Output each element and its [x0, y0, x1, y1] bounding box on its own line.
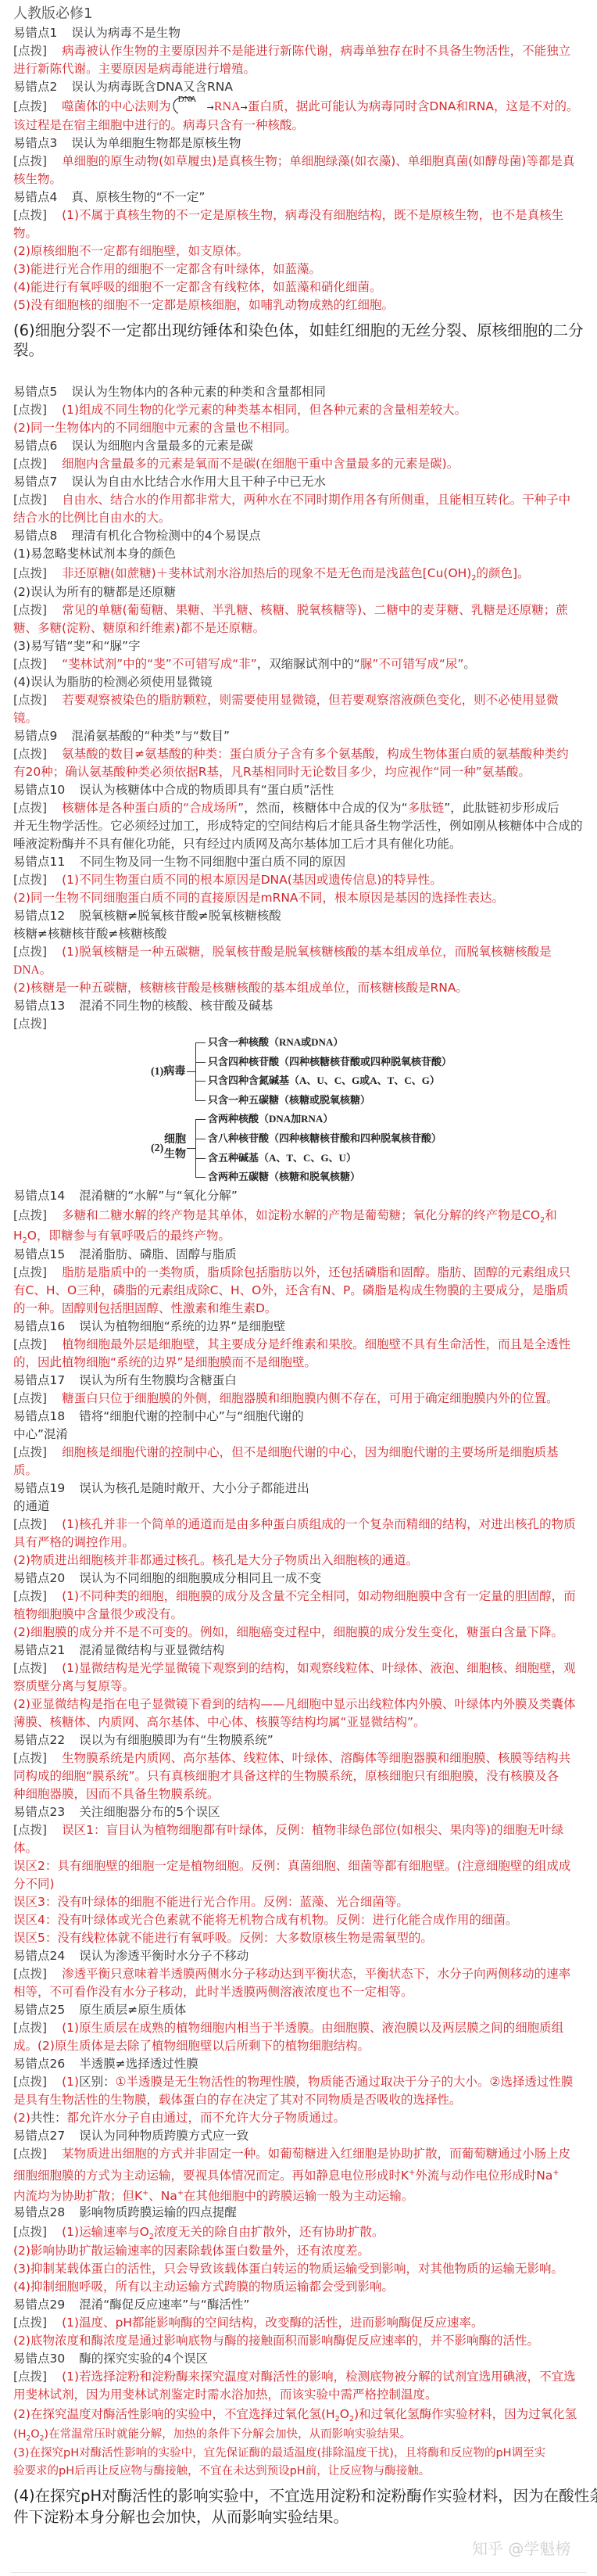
explanation-text: (3)能进行光合作用的细胞不一定都含有叶绿体，如蓝藻。 [13, 262, 321, 276]
superscript: + [177, 2189, 184, 2197]
mistake-point-26: 易错点26半透膜≠选择透过性膜 [点拨](1)区别：①半透膜是无生物活性的物理性… [13, 2055, 597, 2127]
mistake-point-14: 易错点14混淆糖的“水解”与“氧化分解” [点拨]多糖和二糖水解的终产物是其单体… [13, 1187, 597, 1246]
explanation-text: 进行新陈代谢。主要原因是病毒能进行增殖。 [13, 62, 256, 76]
text-line: 种细胞器膜，因而不具备生物膜系统。 [13, 1785, 597, 1803]
explanation-text: )在常温常压时就能分解，加热的条件下分解会加快，从而影响实验结果。 [44, 2428, 411, 2441]
item-heading: 易错点12脱氧核糖≠脱氧核苷酸≠脱氧核糖核酸 [13, 907, 597, 925]
text-line: [点拨](1)不同种类的细胞，细胞膜的成分及含量不完全相同，如动物细胞膜中含有一… [13, 1588, 597, 1606]
divider [11, 2572, 586, 2573]
item-number: 易错点3 [13, 136, 57, 150]
explanation-text: 生物膜系统是内质网、高尔基体、线粒体、叶绿体、溶酶体等细胞器膜和细胞膜、核膜等结… [62, 1751, 570, 1765]
text-line: 具有严格的调控作用。 [13, 1534, 597, 1552]
item-number: 易错点14 [13, 1189, 65, 1203]
item-title: 关注细胞器分布的5个误区 [79, 1805, 220, 1819]
text-line-large: (6)细胞分裂不一定都出现纺锤体和染色体，如蛙红细胞的无丝分裂、原核细胞的二分 [13, 321, 597, 340]
item-number: 易错点8 [13, 529, 57, 543]
explanation-text: 误区5：没有线粒体就不能进行有氧呼吸。反例：大多数原核生物是需氧型的。 [13, 1931, 433, 1945]
text-line: [点拨]植物细胞最外层是细胞壁，其主要成分是纤维素和果胶。细胞壁不具有生命活性，… [13, 1336, 597, 1354]
mistake-point-28: 易错点28影响物质跨膜运输的四点提醒 [点拨](1)运输速率与O2浓度无关的除自… [13, 2204, 597, 2296]
item-title: 误认为自由水比结合水作用大且干种子中已无水 [71, 475, 326, 489]
mistake-point-27: 易错点27误认为同种物质跨膜方式应一致 [点拨]某物质进出细胞的方式并非固定一种… [13, 2127, 597, 2204]
text-line: [点拨]渗透平衡只意味着半透膜两侧水分子移动达到平衡状态，平衡状态下，水分子向两… [13, 1965, 597, 1983]
item-heading: 易错点26半透膜≠选择透过性膜 [13, 2055, 597, 2073]
item-title: 混淆脂肪、磷脂、固醇与脂质 [79, 1247, 237, 1261]
explanation-text: (2)亚显微结构是指在电子显微镜下看到的结构——凡细胞中显示出线粒体内外膜、叶绿… [13, 1697, 575, 1711]
explanation-text: (2)核糖是一种五碳糖，核糖核苷酸是核糖核酸的基本组成单位，而核糖核酸是RNA。 [13, 981, 468, 995]
item-title: 影响物质跨膜运输的四点提醒 [79, 2205, 237, 2219]
plain-text: ”，此肽链初步形成后 [444, 801, 559, 815]
explanation-text: (2)在探究温度对酶活性影响的实验中，不宜选择过氧化氢(H [13, 2407, 335, 2421]
item-title-continued: 中心”混淆 [13, 1426, 597, 1444]
explanation-text: (1)脱氧核糖是一种五碳糖，脱氧核苷酸是脱氧核糖核酸的基本组成单位，而脱氧核糖核… [62, 945, 551, 959]
mistake-point-19: 易错点19误认为核孔是随时敞开、大小分子都能进出 的通道 [点拨](1)核孔并非… [13, 1480, 597, 1570]
explanation-text: 成。(2)原生质体是去除了植物细胞壁以后所剩下的植物细胞结构。 [13, 2039, 370, 2053]
item-title: 误认为植物细胞“系统的边界”是细胞壁 [79, 1319, 285, 1333]
sub-heading: (4)误认为脂肪的检测必须使用显微镜 [13, 673, 597, 691]
explanation-text: 误区3：没有叶绿体的细胞不能进行光合作用。反例：蓝藻、光合细菌等。 [13, 1895, 409, 1909]
item-title: 混淆不同生物的核酸、核苷酸及碱基 [79, 999, 273, 1013]
mistake-point-16: 易错点16误认为植物细胞“系统的边界”是细胞壁 [点拨]植物细胞最外层是细胞壁，… [13, 1318, 597, 1372]
bracket-tick [195, 1100, 206, 1101]
item-number: 易错点13 [13, 999, 65, 1013]
mistake-point-13: 易错点13混淆不同生物的核酸、核苷酸及碱基 [点拨] (1)病毒 只含一种核酸（… [13, 997, 597, 1187]
mistake-point-9: 易错点9混淆氨基酸的“种类”与“数目” [点拨]氨基酸的数目≠氨基酸的种类：蛋白… [13, 727, 597, 781]
tip-label: [点拨] [13, 1265, 47, 1279]
explanation-text: 误区4：没有叶绿体或光合色素就不能将无机物合成有机物。反例：进行化能合成作用的细… [13, 1913, 517, 1927]
tree-group-label-virus: (1)病毒 [151, 1064, 185, 1079]
explanation-text: 细胞内含量最多的元素是氧而不是碳(在细胞干重中含量最多的元素是碳)。 [62, 457, 459, 471]
tip-label: [点拨] [13, 99, 47, 113]
explanation-text: 渗透平衡只意味着半透膜两侧水分子移动达到平衡状态，平衡状态下，水分子向两侧移动的… [62, 1967, 570, 1981]
text-line: [点拨]某物质进出细胞的方式并非固定一种。如葡萄糖进入红细胞是协助扩散，而葡萄糖… [13, 2145, 597, 2163]
explanation-text: O [340, 2407, 349, 2421]
tip-label: [点拨] [13, 1517, 47, 1531]
tree-group-label-cellular: 细胞 生物 [164, 1132, 186, 1162]
explanation-text: 体。 [13, 1841, 38, 1855]
plain-text: ，双缩脲试剂中的“ [257, 657, 360, 671]
text-line: 镜。 [13, 709, 597, 727]
item-number: 易错点28 [13, 2205, 65, 2219]
text-line: 该过程是在宿主细胞中进行的。病毒只含有一种核酸。 [13, 117, 597, 135]
item-heading: 易错点23关注细胞器分布的5个误区 [13, 1803, 597, 1821]
arrow-right-icon: → [207, 102, 214, 113]
text-line: (3)能进行光合作用的细胞不一定都含有叶绿体，如蓝藻。 [13, 260, 597, 278]
arrow-right-icon: → [241, 102, 248, 113]
item-title: 误认为核孔是随时敞开、大小分子都能进出 [79, 1481, 309, 1495]
item-title: 不同生物及同一生物不同细胞中蛋白质不同的原因 [79, 855, 345, 869]
superscript: + [552, 2169, 559, 2177]
item-title: 错将“细胞代谢的控制中心”与“细胞代谢的 [79, 1409, 304, 1423]
plain-text: ，然而，核糖体中合成的仅为“ [244, 801, 408, 815]
item-title: 误认为核糖体中合成的物质即具有“蛋白质”活性 [79, 783, 334, 797]
text-line: [点拨]常见的单糖(葡萄糖、果糖、半乳糖、核糖、脱氧核糖等)、二糖中的麦芽糖、乳… [13, 601, 597, 619]
item-number: 易错点25 [13, 2003, 65, 2017]
text-line: [点拨]核糖体是各种蛋白质的“合成场所”，然而，核糖体中合成的仅为“多肽链”，此… [13, 799, 597, 817]
plain-text: (4)误认为脂肪的检测必须使用显微镜 [13, 675, 212, 689]
text-line: [点拨]生物膜系统是内质网、高尔基体、线粒体、叶绿体、溶酶体等细胞器膜和细胞膜、… [13, 1749, 597, 1767]
text-line: 质。 [13, 1462, 597, 1480]
group-label: 病毒 [163, 1066, 185, 1078]
mistake-point-6: 易错点6误认为细胞内含量最多的元素是碳 [点拨]细胞内含量最多的元素是氧而不是碳… [13, 437, 597, 473]
item-title-continued: 的通道 [13, 1498, 597, 1516]
mistake-point-8: 易错点8理清有机化合物检测中的4个易误点 (1)易忽略斐林试剂本身的颜色 [点拨… [13, 527, 597, 727]
explanation-text: 非还原糖(如蔗糖)＋斐林试剂水浴加热后的现象不是无色而是浅蓝色[Cu(OH) [62, 566, 471, 580]
text-line: 察质壁分离与复原等。 [13, 1677, 597, 1695]
explanation-text: (1)不同种类的细胞，细胞膜的成分及含量不完全相同，如动物细胞膜中含有一定量的胆… [62, 1589, 575, 1603]
tip-label: [点拨] [13, 2021, 47, 2035]
mistake-point-20: 易错点20误认为不同细胞的细胞膜成分相同且一成不变 [点拨](1)不同种类的细胞… [13, 1570, 597, 1641]
mistake-point-3: 易错点3误认为单细胞生物都是原核生物 [点拨]单细胞的原生动物(如草履虫)是真核… [13, 135, 597, 188]
text-line: 结合水的比例比自由水的大。 [13, 509, 597, 527]
text-line: 的，因此植物细胞“系统的边界”是细胞膜而不是细胞壁。 [13, 1354, 597, 1372]
text-line: [点拨]噬菌体的中心法则为DNA→RNA→蛋白质，据此可能认为病毒同时含DNA和… [13, 96, 597, 117]
mistake-point-30: 易错点30酶的探究实验的4个误区 [点拨](1)若选择淀粉和淀粉酶来探究温度对酶… [13, 2350, 597, 2527]
text-line: (2)同一生物不同细胞蛋白质不同的直接原因是mRNA不同，根本原因是基因的选择性… [13, 889, 597, 907]
explanation-text: 单细胞的原生动物(如草履虫)是真核生物；单细胞绿藻(如衣藻)、单细胞真菌(如酵母… [62, 154, 574, 168]
mistake-point-24: 易错点24误认为渗透平衡时水分子不移动 [点拨]渗透平衡只意味着半透膜两侧水分子… [13, 1947, 597, 2001]
bracket-line [195, 1042, 196, 1100]
explanation-text: (1)温度、pH都能影响酶的空间结构，改变酶的活性，进而影响酶促反应速率。 [62, 2316, 483, 2330]
text-line: (2)物质进出细胞核并非都通过核孔。核孔是大分子物质出入细胞核的通道。 [13, 1552, 597, 1570]
explanation-text: 脲”不可错写成“尿” [360, 657, 464, 671]
explanation-text: 细胞核是细胞代谢的控制中心，但不是细胞代谢的中心，因为细胞代谢的主要场所是细胞质… [62, 1445, 559, 1459]
tip-label: [点拨] [13, 1751, 47, 1765]
tree-group-number: (2) [151, 1141, 163, 1156]
explanation-text: 相等，不可看作没有水分子移动，此时半透膜两侧溶液浓度也不一定相等。 [13, 1985, 413, 1999]
item-heading: 易错点21混淆显微结构与亚显微结构 [13, 1641, 597, 1659]
explanation-text: O，即糖参与有氧呼吸后的最终产物。 [27, 1229, 231, 1243]
tip-label: [点拨] [13, 2147, 47, 2161]
tip-label: [点拨] [13, 801, 47, 815]
explanation-text: 浓度无关的除自由扩散外，还有协助扩散。 [154, 2225, 384, 2239]
explanation-text: H [13, 1229, 23, 1243]
item-heading: 易错点29混淆“酶促反应速率”与“酶活性” [13, 2296, 597, 2314]
bracket-connector [187, 1148, 195, 1149]
text-line: (3)在探究pH对酶活性影响的实验中，宜先保证酶的最适温度(排除温度干扰)，且将… [13, 2445, 597, 2463]
item-number: 易错点7 [13, 475, 57, 489]
item-title: 混淆氨基酸的“种类”与“数目” [71, 729, 230, 743]
item-number: 易错点11 [13, 855, 65, 869]
explanation-text: (1)原生质层在成熟的植物细胞内相当于半透膜。由细胞膜、液泡膜以及两层膜之间的细… [62, 2021, 563, 2035]
text-line: [点拨]若要观察被染色的脂肪颗粒，则需要使用显微镜，但若要观察溶液颜色变化，则不… [13, 691, 597, 709]
item-title: 半透膜≠选择透过性膜 [79, 2057, 198, 2071]
item-number: 易错点27 [13, 2129, 65, 2143]
item-heading: 易错点11不同生物及同一生物不同细胞中蛋白质不同的原因 [13, 853, 597, 871]
explanation-text: 具有严格的调控作用。 [13, 1535, 134, 1549]
tip-label: [点拨] [13, 457, 47, 471]
tip-label: [点拨] [13, 2075, 47, 2089]
item-number: 易错点17 [13, 1373, 65, 1387]
item-heading: 易错点24误认为渗透平衡时水分子不移动 [13, 1947, 597, 1965]
bracket-tick [195, 1062, 206, 1063]
explanation-text: (4)抑制细胞呼吸，所有以主动运输方式跨膜的物质运输都会受到影响。 [13, 2280, 394, 2294]
item-number: 易错点26 [13, 2057, 65, 2071]
explanation-text: 薄膜、核糖体、内质网、高尔基体、中心体、核膜等结构均属“亚显微结构”。 [13, 1715, 426, 1729]
explanation-text: 细胞细胞膜的方式为主动运输，要视具体情况而定。再如静息电位形成时K [13, 2169, 409, 2183]
explanation-text: 的，因此植物细胞“系统的边界”是细胞膜而不是细胞壁。 [13, 1355, 316, 1369]
item-heading: 易错点6误认为细胞内含量最多的元素是碳 [13, 437, 597, 455]
item-title: 误认为病毒既含DNA又含RNA [71, 80, 233, 94]
item-number: 易错点22 [13, 1733, 65, 1747]
explanation-text: (1)运输速率与O [62, 2225, 149, 2239]
explanation-text: (1)组成不同生物的化学元素的种类基本相同，但各种元素的含量相差较大。 [62, 403, 467, 417]
tree-branch: 含两种五碳糖（核糖和脱氧核糖） [208, 1170, 360, 1184]
plain-text: 区别： [79, 2075, 116, 2089]
explanation-text: (3)在探究pH对酶活性影响的实验中，宜先保证酶的最适温度(排除温度干扰)，且将… [13, 2447, 545, 2459]
tip-label: [点拨] [13, 493, 47, 507]
item-heading: 易错点3误认为单细胞生物都是原核生物 [13, 135, 597, 152]
text-line: (2)同一生物体内的不同细胞中元素的含量也不相同。 [13, 419, 597, 437]
explanation-text: 脂肪是脂质中的一类物质，脂质除包括脂肪以外，还包括磷脂和固醇。脂肪、固醇的元素组… [62, 1265, 570, 1279]
tree-branch: 只含四种核苷酸（四种核糖核苷酸或四种脱氧核苷酸） [208, 1055, 452, 1069]
bracket-connector [187, 1071, 195, 1072]
tip-label: [点拨] [13, 154, 47, 168]
explanation-text: 该过程是在宿主细胞中进行的。病毒只含有一种核酸。 [13, 118, 304, 132]
text-line: 成。(2)原生质体是去除了植物细胞壁以后所剩下的植物细胞结构。 [13, 2037, 597, 2055]
mistake-point-7: 易错点7误认为自由水比结合水作用大且干种子中已无水 [点拨]自由水、结合水的作用… [13, 473, 597, 527]
explanation-text: (2)同一生物体内的不同细胞中元素的含量也不相同。 [13, 421, 297, 435]
sub-heading: (3)易写错“斐”和“脲”字 [13, 637, 597, 655]
text-line: DNA。 [13, 961, 597, 979]
item-title: 误认为生物体内的各种元素的种类和含量都相同 [71, 385, 326, 399]
group-label-line: 生物 [164, 1147, 186, 1162]
tree-branch: 含八种核苷酸（四种核糖核苷酸和四种脱氧核苷酸） [208, 1132, 441, 1146]
explanation-text: 验要求的pH后再让反应物与酶接触，不宜在未达到预设pH前，让反应物与酶接触。 [13, 2465, 430, 2477]
plain-text: 件下淀粉本身分解也会加快，从而影响实验结果。 [13, 2508, 349, 2526]
explanation-text: (2) [13, 2111, 30, 2125]
superscript: + [409, 2169, 415, 2177]
sub-heading: (1)易忽略斐林试剂本身的颜色 [13, 545, 597, 563]
text-line: 的一种。固醇则包括胆固醇、性激素和维生素D。 [13, 1300, 597, 1318]
item-number: 易错点12 [13, 909, 65, 923]
bracket-tick [195, 1042, 206, 1043]
explanation-text: ①半透膜是无生物活性的物理性膜，物质能否通过取决于分子的大小。②选择透过性膜 [116, 2075, 574, 2089]
explanation-text: 是具有生物活性的生物膜，载体蛋白的存在决定了其对不同物质是否吸收的选择性。 [13, 2093, 462, 2107]
tip-label: [点拨] [13, 1661, 47, 1675]
item-heading: 易错点30酶的探究实验的4个误区 [13, 2350, 597, 2368]
text-line: [点拨](1)组成不同生物的化学元素的种类基本相同，但各种元素的含量相差较大。 [13, 401, 597, 419]
text-line: 内流均为协助扩散；但K+、Na+在其他细胞中的跨膜运输一般为主动运输。 [13, 2183, 597, 2204]
explanation-text: 病毒被认作生物的主要原因并不是能进行新陈代谢，病毒单独存在时不具备生物活性，不能… [62, 44, 570, 58]
item-title: 的通道 [13, 1499, 50, 1513]
text-line: (2)共性：都允许水分子自由通过，而不允许大分子物质通过。 [13, 2109, 597, 2127]
tip-label: [点拨] [13, 1391, 47, 1405]
explanation-text: (5)没有细胞核的细胞不一定都是原核细胞，如哺乳动物成熟的红细胞。 [13, 298, 394, 312]
explanation-text: 核糖体是各种蛋白质的“合成场所” [62, 801, 244, 815]
mistake-point-2: 易错点2误认为病毒既含DNA又含RNA [点拨]噬菌体的中心法则为DNA→RNA… [13, 78, 597, 135]
item-number: 易错点4 [13, 190, 57, 204]
tip-label: [点拨] [13, 945, 47, 959]
explanation-text: 物。 [13, 226, 38, 240]
explanation-text: (2)底物浓度和酶浓度是通过影响底物与酶的接触面积而影响酶促反应速率的，并不影响… [13, 2334, 539, 2348]
text-line: [点拨](1)原生质层在成熟的植物细胞内相当于半透膜。由细胞膜、液泡膜以及两层膜… [13, 2019, 597, 2037]
text-line: 误区3：没有叶绿体的细胞不能进行光合作用。反例：蓝藻、光合细菌等。 [13, 1893, 597, 1911]
explanation-text: “斐林试剂”中的“斐”不可错写成“非” [62, 657, 257, 671]
text-line: (H2O2)在常温常压时就能分解，加热的条件下分解会加快，从而影响实验结果。 [13, 2424, 597, 2445]
explanation-text: 和 [545, 1208, 557, 1222]
mistake-point-22: 易错点22误以为有细胞膜即为有“生物膜系统” [点拨]生物膜系统是内质网、高尔基… [13, 1731, 597, 1803]
text-line: [点拨]非还原糖(如蔗糖)＋斐林试剂水浴加热后的现象不是无色而是浅蓝色[Cu(O… [13, 563, 597, 583]
text-line: (4)抑制细胞呼吸，所有以主动运输方式跨膜的物质运输都会受到影响。 [13, 2278, 597, 2296]
explanation-text: 误区1：盲目认为植物细胞都有叶绿体，反例：植物非绿色部位(如根尖、果肉等)的细胞… [62, 1823, 563, 1837]
item-heading: 易错点8理清有机化合物检测中的4个易误点 [13, 527, 597, 545]
tree-branch: 含五种碱基（A、T、C、G、U） [208, 1151, 356, 1165]
text-line: H2O，即糖参与有氧呼吸后的最终产物。 [13, 1225, 597, 1246]
text-line: [点拨]细胞核是细胞代谢的控制中心，但不是细胞代谢的中心，因为细胞代谢的主要场所… [13, 1444, 597, 1462]
text-line: (2)原核细胞不一定都有细胞壁，如支原体。 [13, 242, 597, 260]
text-line: (2)核糖是一种五碳糖，核糖核苷酸是核糖核酸的基本组成单位，而核糖核酸是RNA。 [13, 979, 597, 997]
item-title: 混淆糖的“水解”与“氧化分解” [79, 1189, 238, 1203]
text-line: 糖、多糖(淀粉、糖原和纤维素)都不是还原糖。 [13, 619, 597, 637]
item-title: 误认为渗透平衡时水分子不移动 [79, 1949, 248, 1963]
text-line: [点拨](1)运输速率与O2浓度无关的除自由扩散外，还有协助扩散。 [13, 2222, 597, 2242]
item-number: 易错点10 [13, 783, 65, 797]
text-line: 相等，不可看作没有水分子移动，此时半透膜两侧溶液浓度也不一定相等。 [13, 1983, 597, 2001]
text-line: 并无生物学活性。它必须经过加工，形成特定的空间结构后才能具备生物学活性，例如刚从… [13, 817, 597, 835]
item-title: 中心”混淆 [13, 1427, 68, 1441]
tip-label: [点拨] [13, 208, 47, 222]
bracket-line [195, 1119, 196, 1177]
mistake-point-4: 易错点4真、原核生物的“不一定” [点拨](1)不属于真核生物的不一定是原核生物… [13, 188, 597, 360]
item-heading: 易错点27误认为同种物质跨膜方式应一致 [13, 2127, 597, 2145]
item-title: 真、原核生物的“不一定” [71, 190, 205, 204]
item-number: 易错点18 [13, 1409, 65, 1423]
tip-label: [点拨] [13, 1967, 47, 1981]
explanation-text: 的颜色]。 [476, 566, 529, 580]
item-heading: 易错点7误认为自由水比结合水作用大且干种子中已无水 [13, 473, 597, 491]
item-number: 易错点1 [13, 26, 57, 40]
tip-label: [点拨] [13, 2370, 47, 2384]
item-number: 易错点9 [13, 729, 57, 743]
explanation-text: 植物细胞膜中含量很少或没有。 [13, 1607, 183, 1621]
explanation-text: 植物细胞最外层是细胞壁，其主要成分是纤维素和果胶。细胞壁不具有生命活性，而且是全… [62, 1337, 570, 1351]
text-line: (2)细胞膜的成分并不是不可变的。例如，细胞癌变过程中，细胞膜的成分发生变化，糖… [13, 1623, 597, 1641]
tip-label: [点拨] [13, 873, 47, 887]
superscript: + [142, 2189, 148, 2197]
text-line: [点拨]脂肪是脂质中的一类物质，脂质除包括脂肪以外，还包括磷脂和固醇。脂肪、固醇… [13, 1264, 597, 1282]
explanation-text: (3)抑制某载体蛋白的活性，只会导致该载体蛋白转运的物质运输受到影响，对其他物质… [13, 2262, 563, 2276]
item-title: 混淆显微结构与亚显微结构 [79, 1643, 224, 1657]
text-line: [点拨](1)不属于真核生物的不一定是原核生物，病毒没有细胞结构，既不是原核生物… [13, 206, 597, 224]
text-line-large: 件下淀粉本身分解也会加快，从而影响实验结果。 [13, 2507, 597, 2527]
mistake-point-5: 易错点5误认为生物体内的各种元素的种类和含量都相同 [点拨](1)组成不同生物的… [13, 383, 597, 437]
text-line: [点拨]误区1：盲目认为植物细胞都有叶绿体，反例：植物非绿色部位(如根尖、果肉等… [13, 1821, 597, 1839]
bracket-tick [195, 1158, 206, 1159]
mistake-point-17: 易错点17误认为所有生物膜均含糖蛋白 [点拨]糖蛋白只位于细胞膜的外侧，细胞器膜… [13, 1372, 597, 1408]
item-title: 酶的探究实验的4个误区 [79, 2352, 208, 2366]
text-line: 分不同) [13, 1875, 597, 1893]
tip-label: [点拨] [13, 1445, 47, 1459]
text-line: [点拨]单细胞的原生动物(如草履虫)是真核生物；单细胞绿藻(如衣藻)、单细胞真菌… [13, 152, 597, 170]
item-number: 易错点30 [13, 2352, 65, 2366]
text-line: 唾液淀粉酶并不具有催化功能，只有经过内质网及高尔基体加工后才具有催化功能。 [13, 835, 597, 853]
tree-branch: 只含四种含氮碱基（A、U、C、G或A、T、C、G） [208, 1074, 440, 1088]
item-number: 易错点6 [13, 439, 57, 453]
explanation-text: 同构成的细胞“膜系统”。只有真核细胞才具备这样的生物膜系统，原核细胞只有细胞膜，… [13, 1769, 559, 1783]
item-heading: 易错点17误认为所有生物膜均含糖蛋白 [13, 1372, 597, 1390]
text-line: 薄膜、核糖体、内质网、高尔基体、中心体、核膜等结构均属“亚显微结构”。 [13, 1713, 597, 1731]
item-title: 误以为有细胞膜即为有“生物膜系统” [79, 1733, 273, 1747]
plain-text: (4)在探究pH对酶活性的影响实验中，不宜选用淀粉和淀粉酶作实验材料，因为在酸性… [13, 2487, 597, 2505]
explanation-text: 糖蛋白只位于细胞膜的外侧，细胞器膜和细胞膜内侧不存在，可用于确定细胞膜内外的位置… [62, 1391, 559, 1405]
tip-label: [点拨] [13, 2316, 47, 2330]
document: 人教版必修1 易错点1误认为病毒不是生物 [点拨]病毒被认作生物的主要原因并不是… [0, 0, 597, 2527]
text-line: 有C、H、O三种，磷脂的元素组成除C、H、O外，还含有N、P。磷脂是构成生物膜的… [13, 1282, 597, 1300]
item-title: 误认为病毒不是生物 [71, 26, 181, 40]
plain-text: 。 [463, 657, 476, 671]
item-heading: 易错点28影响物质跨膜运输的四点提醒 [13, 2204, 597, 2222]
tip-label: [点拨] [13, 44, 47, 58]
explanation-text: 核生物。 [13, 172, 62, 186]
text-line: (2)底物浓度和酶浓度是通过影响底物与酶的接触面积而影响酶促反应速率的，并不影响… [13, 2332, 597, 2350]
mistake-point-23: 易错点23关注细胞器分布的5个误区 [点拨]误区1：盲目认为植物细胞都有叶绿体，… [13, 1803, 597, 1947]
item-number: 易错点21 [13, 1643, 65, 1657]
plain-text: 共性： [30, 2111, 67, 2125]
explanation-text: (1)显微结构是光学显微镜下观察到的结构，如观察线粒体、叶绿体、液泡、细胞核、细… [62, 1661, 575, 1675]
mistake-point-18: 易错点18错将“细胞代谢的控制中心”与“细胞代谢的 中心”混淆 [点拨]细胞核是… [13, 1408, 597, 1480]
item-title: 误认为单细胞生物都是原核生物 [71, 136, 241, 150]
explanation-text: 自由水、结合水的作用都非常大，两种水在不同时期作用各有所侧重，且能相互转化。干种… [62, 493, 570, 507]
explanation-text: 质。 [13, 1463, 38, 1477]
item-heading: 易错点15混淆脂肪、磷脂、固醇与脂质 [13, 1246, 597, 1264]
plain-text: 并无生物学活性。它必须经过加工，形成特定的空间结构后才能具备生物学活性，例如刚从… [13, 819, 583, 833]
explanation-text: 外流与动作电位形成时Na [415, 2169, 552, 2183]
item-heading: 易错点18错将“细胞代谢的控制中心”与“细胞代谢的 [13, 1408, 597, 1426]
explanation-text: (1)不属于真核生物的不一定是原核生物，病毒没有细胞结构，既不是原核生物，也不是… [62, 208, 563, 222]
item-heading: 易错点10误认为核糖体中合成的物质即具有“蛋白质”活性 [13, 781, 597, 799]
explanation-text: 常见的单糖(葡萄糖、果糖、半乳糖、核糖、脱氧核糖等)、二糖中的麦芽糖、乳糖是还原… [62, 603, 568, 617]
text-line: [点拨]自由水、结合水的作用都非常大，两种水在不同时期作用各有所侧重，且能相互转… [13, 491, 597, 509]
dna-label: DNA [178, 96, 197, 106]
explanation-text: (2)同一生物不同细胞蛋白质不同的直接原因是mRNA不同，根本原因是基因的选择性… [13, 891, 504, 905]
text-line: 有20种；确认氨基酸种类必须依据R基，凡R基相同时无论数目多少，均应视作“同一种… [13, 763, 597, 781]
text-line: (4)能进行有氧呼吸的细胞不一定都含有线粒体，如蓝藻和硝化细菌。 [13, 278, 597, 296]
text-line: 误区2：具有细胞壁的细胞一定是植物细胞。反例：真菌细胞、细菌等都有细胞壁。(注意… [13, 1857, 597, 1875]
tip-label: [点拨] [13, 403, 47, 417]
plain-text: (3)易写错“斐”和“脲”字 [13, 639, 141, 653]
explanation-text: 有C、H、O三种，磷脂的元素组成除C、H、O外，还含有N、P。磷脂是构成生物膜的… [13, 1283, 568, 1297]
item-title-continued: 核糖≠核糖核苷酸≠核糖核酸 [13, 925, 597, 943]
mistake-point-10: 易错点10误认为核糖体中合成的物质即具有“蛋白质”活性 [点拨]核糖体是各种蛋白… [13, 781, 597, 853]
item-heading: 易错点20误认为不同细胞的细胞膜成分相同且一成不变 [13, 1570, 597, 1588]
explanation-text: 噬菌体的中心法则为 [62, 99, 171, 113]
text-line: [点拨](1)温度、pH都能影响酶的空间结构，改变酶的活性，进而影响酶促反应速率… [13, 2314, 597, 2332]
explanation-text: (1)不同生物蛋白质不同的根本原因是DNA(基因或遗传信息)的特异性。 [62, 873, 442, 887]
item-heading: 易错点14混淆糖的“水解”与“氧化分解” [13, 1187, 597, 1205]
item-heading: 易错点5误认为生物体内的各种元素的种类和含量都相同 [13, 383, 597, 401]
text-line: (3)抑制某载体蛋白的活性，只会导致该载体蛋白转运的物质运输受到影响，对其他物质… [13, 2260, 597, 2278]
group-number: (1) [151, 1066, 163, 1078]
item-title: 原生质层≠原生质体 [79, 2003, 186, 2017]
explanation-text: 蛋白质，据此可能认为病毒同时含DNA和RNA，这是不对的。 [248, 99, 579, 113]
tree-branch: 只含一种五碳糖（核糖或脱氧核糖） [208, 1093, 370, 1107]
explanation-text: 分不同) [13, 1877, 55, 1891]
explanation-text: (1) [62, 2075, 79, 2089]
explanation-text: (1)若选择淀粉和淀粉酶来探究温度对酶活性的影响，检测底物被分解的试剂宜选用碘液… [62, 2370, 575, 2384]
mistake-point-11: 易错点11不同生物及同一生物不同细胞中蛋白质不同的原因 [点拨](1)不同生物蛋… [13, 853, 597, 907]
plain-text: (6)细胞分裂不一定都出现纺锤体和染色体，如蛙红细胞的无丝分裂、原核细胞的二分 [13, 321, 584, 339]
item-number: 易错点2 [13, 80, 57, 94]
explanation-text: 误区2：具有细胞壁的细胞一定是植物细胞。反例：真菌细胞、细菌等都有细胞壁。(注意… [13, 1859, 570, 1873]
explanation-text: (2)影响协助扩散运输速率的因素除载体蛋白数量外，还有浓度差。 [13, 2244, 370, 2258]
item-title: 核糖≠核糖核苷酸≠核糖核酸 [13, 927, 166, 941]
tree-branch: 含两种核酸（DNA加RNA） [208, 1112, 333, 1126]
text-line: [点拨]“斐林试剂”中的“斐”不可错写成“非”，双缩脲试剂中的“脲”不可错写成“… [13, 655, 597, 673]
mistake-point-15: 易错点15混淆脂肪、磷脂、固醇与脂质 [点拨]脂肪是脂质中的一类物质，脂质除包括… [13, 1246, 597, 1318]
explanation-text: DNA。 [13, 963, 52, 977]
explanation-text: 察质壁分离与复原等。 [13, 1679, 134, 1693]
text-line: [点拨]糖蛋白只位于细胞膜的外侧，细胞器膜和细胞膜内侧不存在，可用于确定细胞膜内… [13, 1390, 597, 1408]
